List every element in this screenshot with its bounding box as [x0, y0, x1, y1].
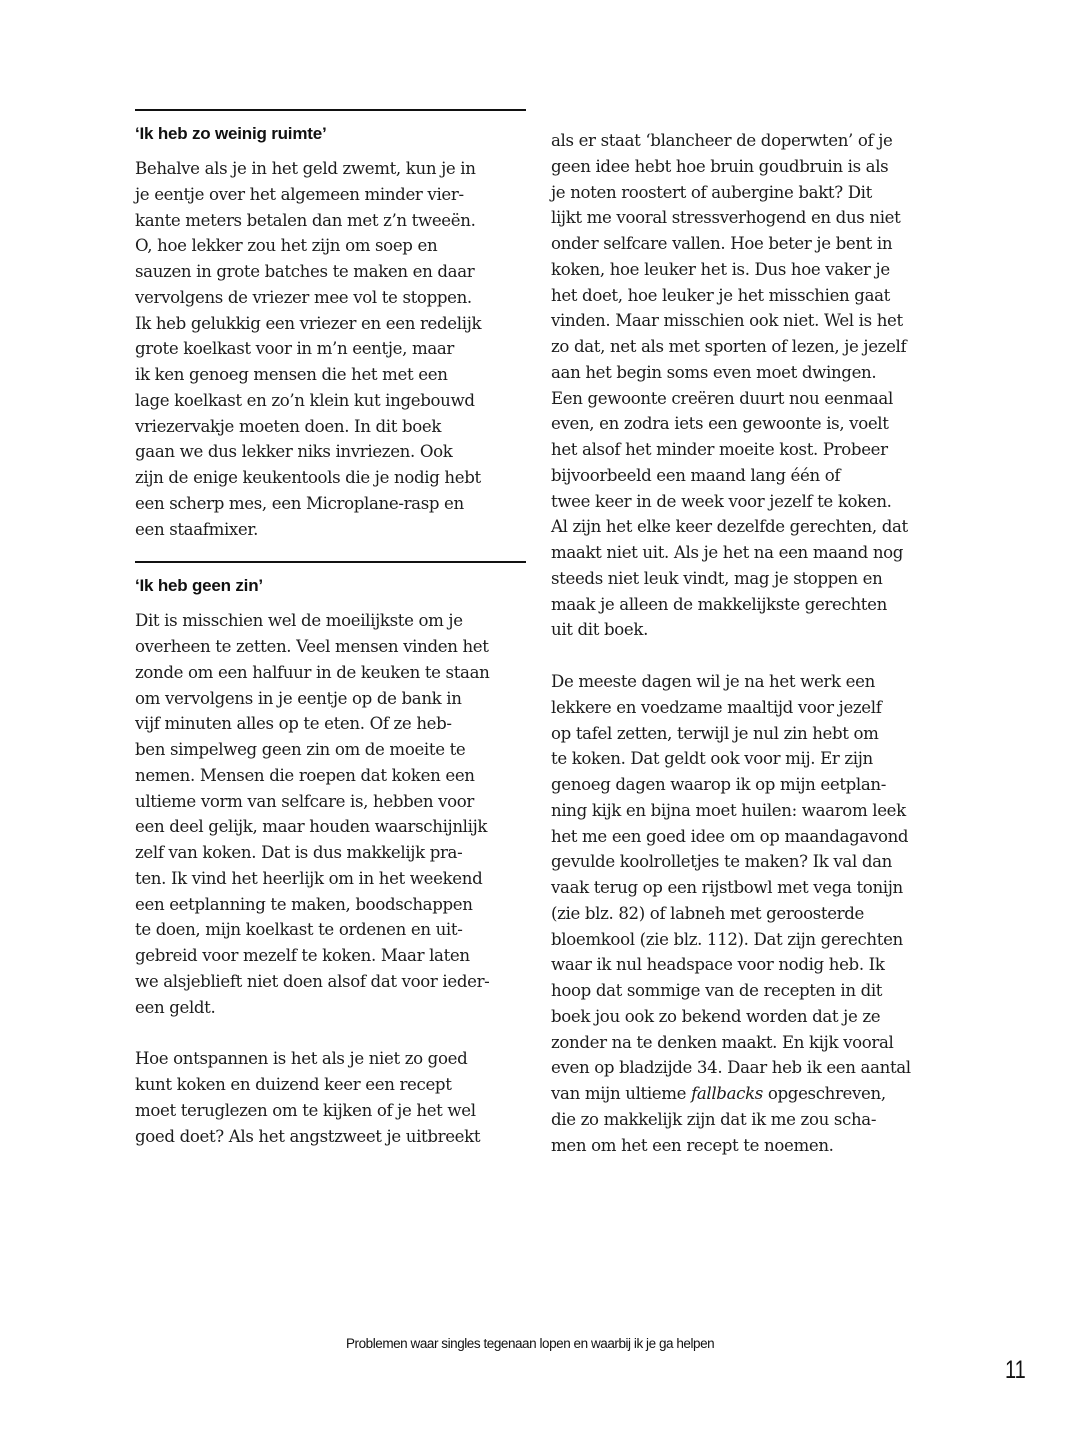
section-heading: ‘Ik heb geen zin’ [135, 575, 527, 597]
text-line: steeds niet leuk vindt, mag je stoppen e… [551, 566, 943, 592]
text-line: O, hoe lekker zou het zijn om soep en [135, 233, 527, 259]
text-line: nemen. Mensen die roepen dat koken een [135, 763, 527, 789]
text-line: (zie blz. 82) of labneh met geroosterde [551, 901, 943, 927]
text-line: ik ken genoeg mensen die het met een [135, 362, 527, 388]
text-line: op tafel zetten, terwijl je nul zin hebt… [551, 721, 943, 747]
text-line: Een gewoonte creëren duurt nou eenmaal [551, 386, 943, 412]
text-line: lekkere en voedzame maaltijd voor jezelf [551, 695, 943, 721]
page-number: 11 [1005, 1356, 1026, 1385]
text-line: aan het begin soms even moet dwingen. [551, 360, 943, 386]
text-line: even, en zodra iets een gewoonte is, voe… [551, 411, 943, 437]
text-line: genoeg dagen waarop ik op mijn eetplan- [551, 772, 943, 798]
text-line: te doen, mijn koelkast te ordenen en uit… [135, 917, 527, 943]
text-line: geen idee hebt hoe bruin goudbruin is al… [551, 154, 943, 180]
text-line: vaak terug op een rijstbowl met vega ton… [551, 875, 943, 901]
text-line: je noten roostert of aubergine bakt? Dit [551, 180, 943, 206]
text-line: die zo makkelijk zijn dat ik me zou scha… [551, 1107, 943, 1133]
text-line: een deel gelijk, maar houden waarschijnl… [135, 814, 527, 840]
text-line: onder selfcare vallen. Hoe beter je bent… [551, 231, 943, 257]
right-column: als er staat ‘blancheer de doperwten’ of… [551, 128, 943, 1158]
text-line: Dit is misschien wel de moeilijkste om j… [135, 608, 527, 634]
text-line: het alsof het minder moeite kost. Probee… [551, 437, 943, 463]
text-line: Ik heb gelukkig een vriezer en een redel… [135, 311, 527, 337]
text-line: Al zijn het elke keer dezelfde gerechten… [551, 514, 943, 540]
text-line: ten. Ik vind het heerlijk om in het week… [135, 866, 527, 892]
text-line: moet teruglezen om te kijken of je het w… [135, 1098, 527, 1124]
text-line: kunt koken en duizend keer een recept [135, 1072, 527, 1098]
text-line: men om het een recept te noemen. [551, 1133, 943, 1159]
text-line: uit dit boek. [551, 617, 943, 643]
text-line: het me een goed idee om op maandagavond [551, 824, 943, 850]
text-line: even op bladzijde 34. Daar heb ik een aa… [551, 1055, 943, 1081]
text-line: vinden. Maar misschien ook niet. Wel is … [551, 308, 943, 334]
text-line: om vervolgens in je eentje op de bank in [135, 686, 527, 712]
text-line: twee keer in de week voor jezelf te koke… [551, 489, 943, 515]
text-line: bloemkool (zie blz. 112). Dat zijn gerec… [551, 927, 943, 953]
text-line: grote koelkast voor in m’n eentje, maar [135, 336, 527, 362]
text-line: je eentje over het algemeen minder vier- [135, 182, 527, 208]
text-line: ultieme vorm van selfcare is, hebben voo… [135, 789, 527, 815]
text-line: waar ik nul headspace voor nodig heb. Ik [551, 952, 943, 978]
text-line: kante meters betalen dan met z’n tweeën. [135, 208, 527, 234]
text-line: een geldt. [135, 995, 527, 1021]
text-line: vijf minuten alles op te eten. Of ze heb… [135, 711, 527, 737]
text-line: hoop dat sommige van de recepten in dit [551, 978, 943, 1004]
text-line: vervolgens de vriezer mee vol te stoppen… [135, 285, 527, 311]
text-line: overheen te zetten. Veel mensen vinden h… [135, 634, 527, 660]
paragraph: Dit is misschien wel de moeilijkste om j… [135, 608, 527, 1020]
text-line: zelf van koken. Dat is dus makkelijk pra… [135, 840, 527, 866]
text-line: koken, hoe leuker het is. Dus hoe vaker … [551, 257, 943, 283]
section-divider [135, 109, 526, 111]
text-line: bijvoorbeeld een maand lang één of [551, 463, 943, 489]
paragraph: Hoe ontspannen is het als je niet zo goe… [135, 1046, 527, 1149]
section-heading: ‘Ik heb zo weinig ruimte’ [135, 123, 527, 145]
text-line: Behalve als je in het geld zwemt, kun je… [135, 156, 527, 182]
text-line: boek jou ook zo bekend worden dat je ze [551, 1004, 943, 1030]
text-line: als er staat ‘blancheer de doperwten’ of… [551, 128, 943, 154]
text-line: lage koelkast en zo’n klein kut ingebouw… [135, 388, 527, 414]
italic-term: fallbacks [691, 1084, 763, 1103]
running-footer: Problemen waar singles tegenaan lopen en… [346, 1336, 714, 1351]
text-line: te koken. Dat geldt ook voor mij. Er zij… [551, 746, 943, 772]
text-line: zonder na te denken maakt. En kijk voora… [551, 1030, 943, 1056]
text-line: een scherp mes, een Microplane-rasp en [135, 491, 527, 517]
text-line: ben simpelweg geen zin om de moeite te [135, 737, 527, 763]
section-divider [135, 561, 526, 563]
text-line: ning kijk en bijna moet huilen: waarom l… [551, 798, 943, 824]
text-line: vriezervakje moeten doen. In dit boek [135, 414, 527, 440]
text-line: zonde om een halfuur in de keuken te sta… [135, 660, 527, 686]
text-line: we alsjeblieft niet doen alsof dat voor … [135, 969, 527, 995]
text-line: Hoe ontspannen is het als je niet zo goe… [135, 1046, 527, 1072]
text-line-with-italic: van mijn ultieme fallbacks opgeschreven, [551, 1081, 943, 1107]
text-line: gebreid voor mezelf te koken. Maar laten [135, 943, 527, 969]
text-line: zo dat, net als met sporten of lezen, je… [551, 334, 943, 360]
text-line: sauzen in grote batches te maken en daar [135, 259, 527, 285]
text-line: gevulde koolrolletjes te maken? Ik val d… [551, 849, 943, 875]
paragraph: Behalve als je in het geld zwemt, kun je… [135, 156, 527, 542]
paragraph: als er staat ‘blancheer de doperwten’ of… [551, 128, 943, 643]
text-line: het doet, hoe leuker je het misschien ga… [551, 283, 943, 309]
left-column: ‘Ik heb zo weinig ruimte’ Behalve als je… [135, 109, 527, 1149]
text-line: goed doet? Als het angstzweet je uitbree… [135, 1124, 527, 1150]
text-line: gaan we dus lekker niks invriezen. Ook [135, 439, 527, 465]
text-line: een staafmixer. [135, 517, 527, 543]
text-line: een eetplanning te maken, boodschappen [135, 892, 527, 918]
text-line: zijn de enige keukentools die je nodig h… [135, 465, 527, 491]
text-line: maak je alleen de makkelijkste gerechten [551, 592, 943, 618]
paragraph: De meeste dagen wil je na het werk eenle… [551, 669, 943, 1158]
text-line: lijkt me vooral stressverhogend en dus n… [551, 205, 943, 231]
text-line: De meeste dagen wil je na het werk een [551, 669, 943, 695]
text-line: maakt niet uit. Als je het na een maand … [551, 540, 943, 566]
